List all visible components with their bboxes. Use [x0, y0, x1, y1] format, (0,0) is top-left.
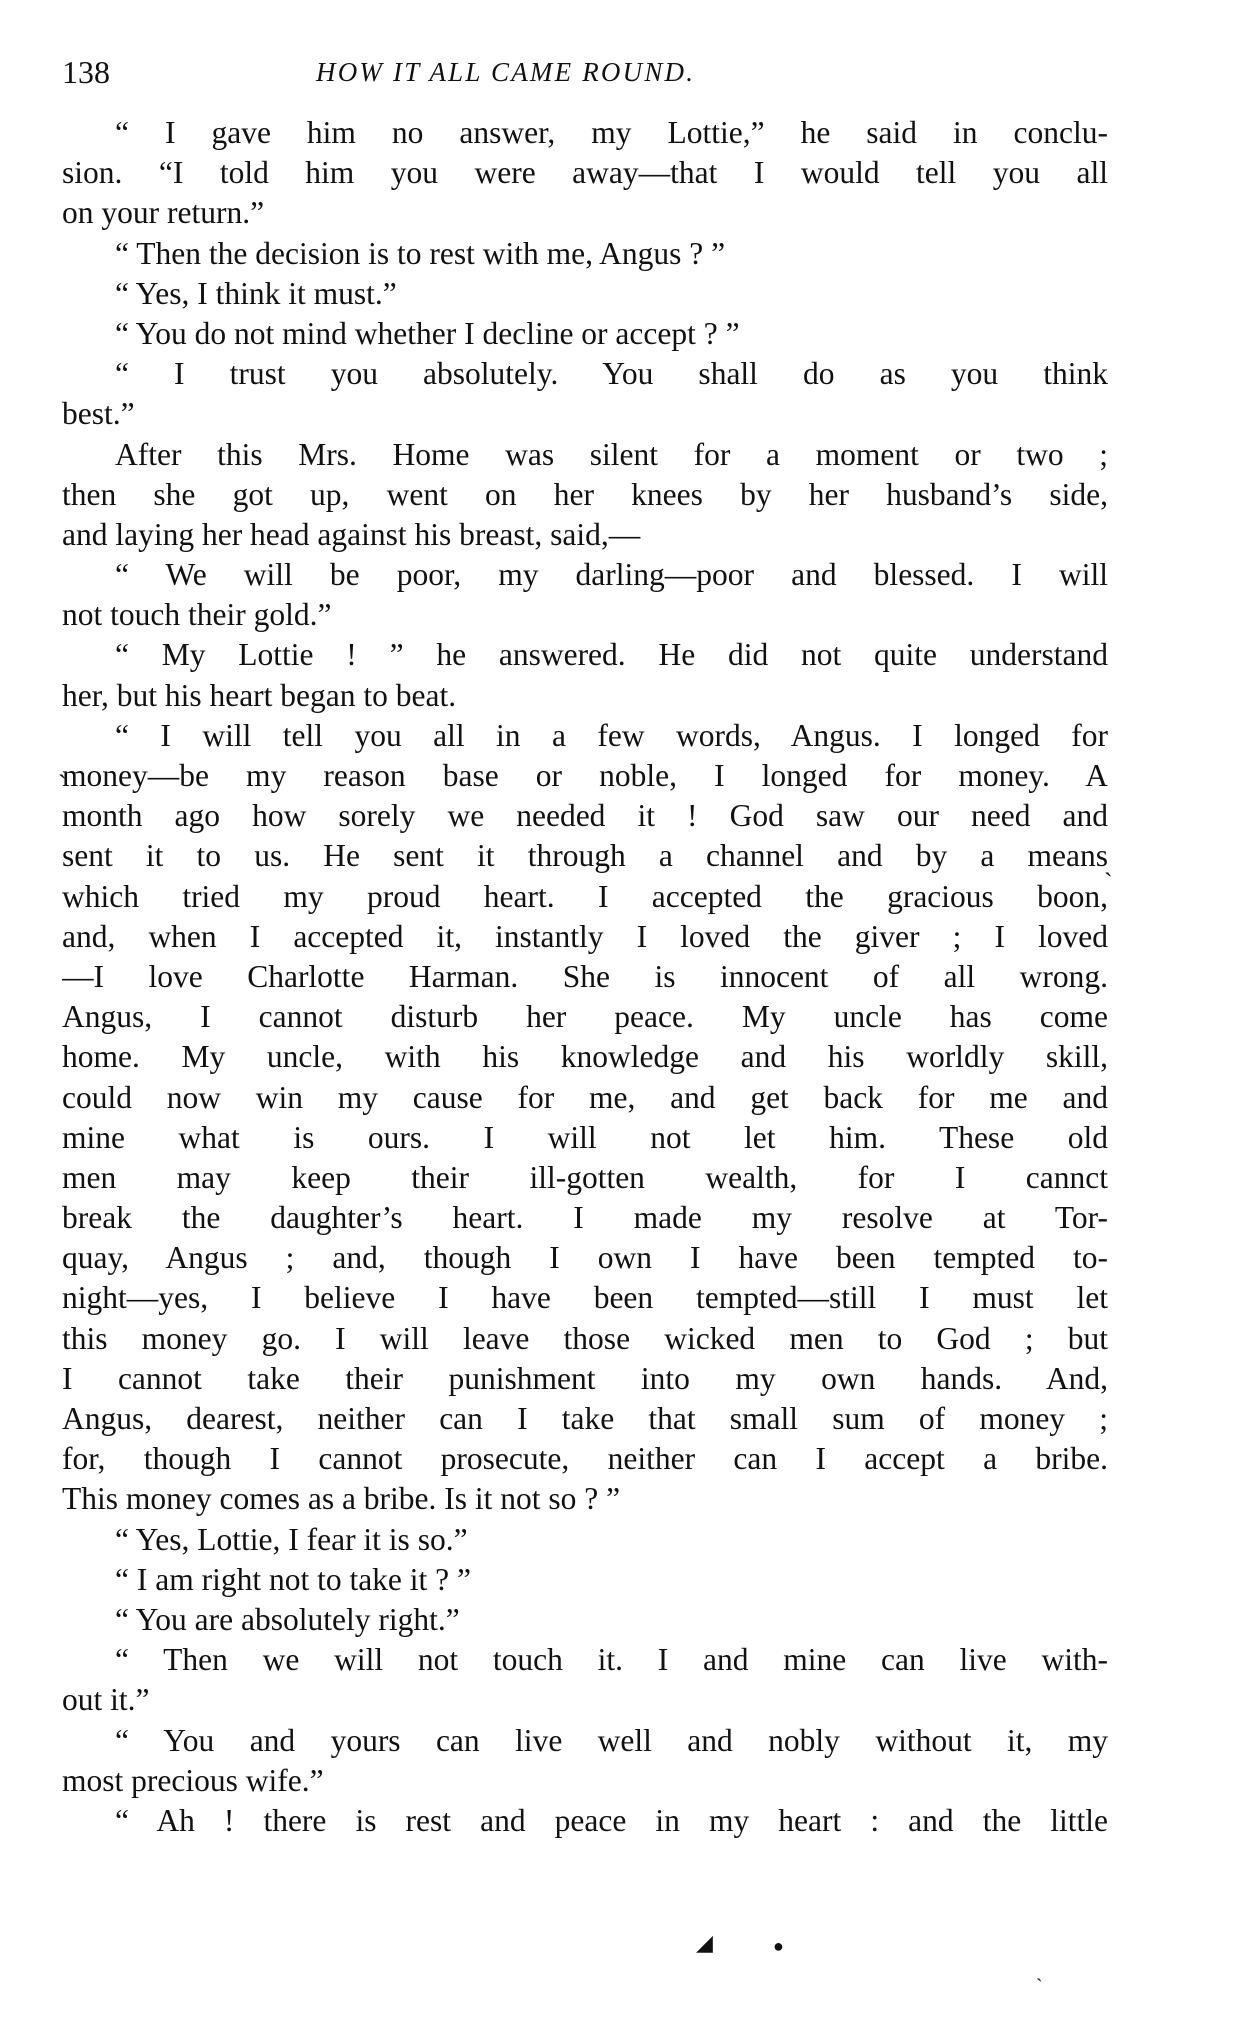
text-line: best.” — [62, 394, 1108, 434]
text-line: Angus, dearest, neither can I take that … — [62, 1399, 1108, 1439]
text-line: “ Yes, I think it must.” — [62, 274, 1108, 314]
text-line: which tried my proud heart. I accepted t… — [62, 877, 1108, 917]
text-line: not touch their gold.” — [62, 595, 1108, 635]
text-line: on your return.” — [62, 193, 1108, 233]
text-line: quay, Angus ; and, though I own I have b… — [62, 1238, 1108, 1278]
text-line: This money comes as a bribe. Is it not s… — [62, 1479, 1108, 1519]
scan-speck: ˏ — [1104, 848, 1113, 878]
text-line: her, but his heart began to beat. — [62, 676, 1108, 716]
text-line: sent it to us. He sent it through a chan… — [62, 836, 1108, 876]
text-line: home. My uncle, with his knowledge and h… — [62, 1037, 1108, 1077]
text-line: “ We will be poor, my darling—poor and b… — [62, 555, 1108, 595]
text-line: I cannot take their punishment into my o… — [62, 1359, 1108, 1399]
text-line: After this Mrs. Home was silent for a mo… — [62, 435, 1108, 475]
body-text: “ I gave him no answer, my Lottie,” he s… — [62, 113, 1108, 1841]
text-line: Angus, I cannot disturb her peace. My un… — [62, 997, 1108, 1037]
text-line: “ Yes, Lottie, I fear it is so.” — [62, 1520, 1108, 1560]
text-line: out it.” — [62, 1680, 1108, 1720]
scan-speck: ˋ — [58, 770, 67, 800]
text-line: “ I am right not to take it ? ” — [62, 1560, 1108, 1600]
text-line: “ Ah ! there is rest and peace in my hea… — [62, 1801, 1108, 1841]
text-line: —I love Charlotte Harman. She is innocen… — [62, 957, 1108, 997]
text-line: sion. “I told him you were away—that I w… — [62, 153, 1108, 193]
text-line: break the daughter’s heart. I made my re… — [62, 1198, 1108, 1238]
text-line: “ You are absolutely right.” — [62, 1600, 1108, 1640]
running-title: HOW IT ALL CAME ROUND. — [316, 54, 695, 90]
text-line: and, when I accepted it, instantly I lov… — [62, 917, 1108, 957]
text-line: men may keep their ill-gotten wealth, fo… — [62, 1158, 1108, 1198]
text-line: this money go. I will leave those wicked… — [62, 1319, 1108, 1359]
scan-speck: ● — [773, 1936, 784, 1957]
text-line: for, though I cannot prosecute, neither … — [62, 1439, 1108, 1479]
text-line: “ Then we will not touch it. I and mine … — [62, 1640, 1108, 1680]
text-line: “ You do not mind whether I decline or a… — [62, 314, 1108, 354]
page-number: 138 — [62, 52, 110, 92]
text-line: “ Then the decision is to rest with me, … — [62, 234, 1108, 274]
text-line: “ I trust you absolutely. You shall do a… — [62, 354, 1108, 394]
text-line: most precious wife.” — [62, 1761, 1108, 1801]
text-line: “ You and yours can live well and nobly … — [62, 1721, 1108, 1761]
text-line: and laying her head against his breast, … — [62, 515, 1108, 555]
text-line: then she got up, went on her knees by he… — [62, 475, 1108, 515]
text-line: night—yes, I believe I have been tempted… — [62, 1278, 1108, 1318]
text-line: mine what is ours. I will not let him. T… — [62, 1118, 1108, 1158]
text-line: “ My Lottie ! ” he answered. He did not … — [62, 635, 1108, 675]
text-line: could now win my cause for me, and get b… — [62, 1078, 1108, 1118]
text-line: money—be my reason base or noble, I long… — [62, 756, 1108, 796]
text-line: “ I will tell you all in a few words, An… — [62, 716, 1108, 756]
scan-speck: ◢ — [696, 1930, 713, 1956]
text-line: “ I gave him no answer, my Lottie,” he s… — [62, 113, 1108, 153]
text-line: month ago how sorely we needed it ! God … — [62, 796, 1108, 836]
scan-speck: ˎ — [1036, 1960, 1043, 1983]
